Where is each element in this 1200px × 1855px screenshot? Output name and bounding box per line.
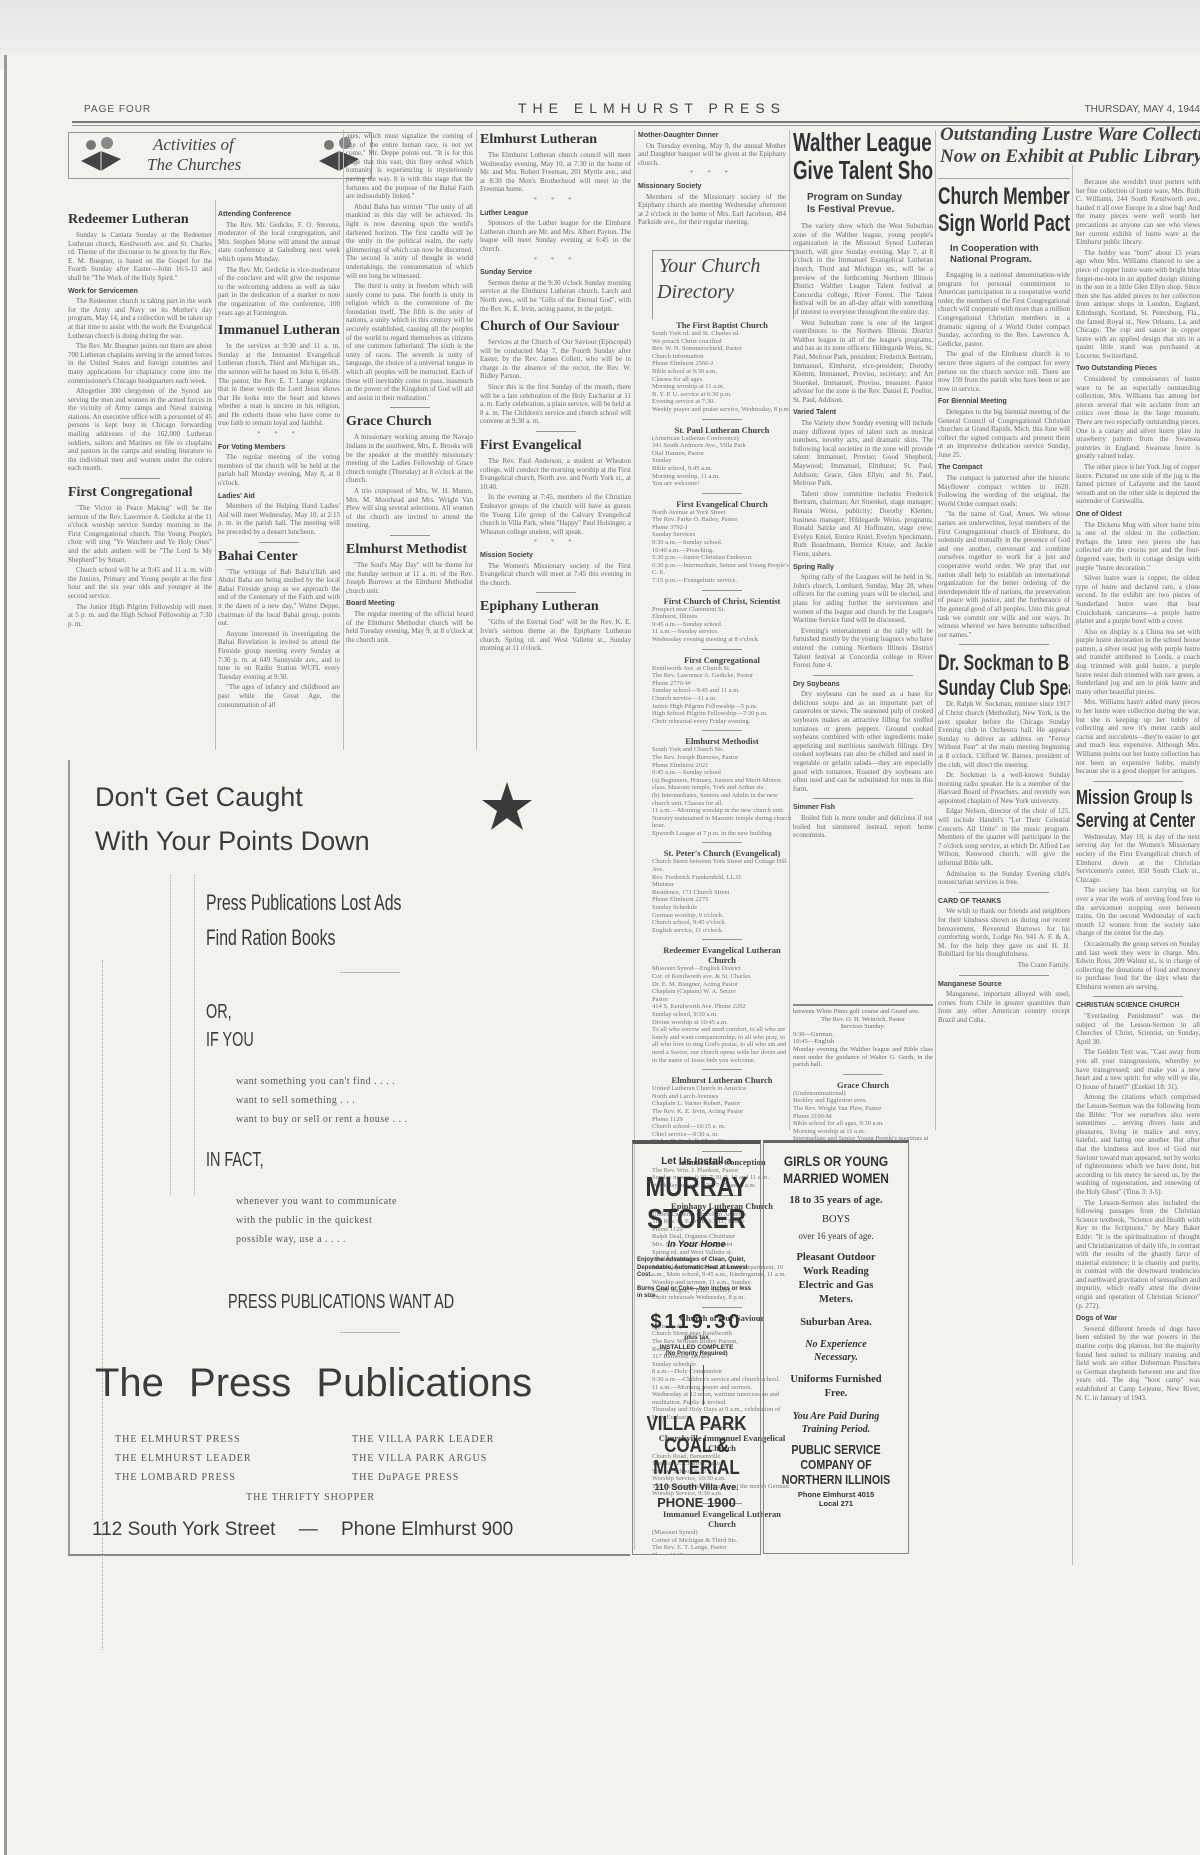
directory-line: We preach Christ crucified	[652, 338, 792, 346]
deck-line: Is Festival Prevue.	[807, 204, 933, 216]
ad-line: Enjoy the Advantages of Clean, Quiet, De…	[637, 1257, 756, 1280]
decorative-dotted-line	[102, 960, 103, 1650]
ad-price: $119.30	[633, 1311, 760, 1334]
subheading: Attending Conference	[218, 211, 340, 220]
article-body: The goal of the Elmhurst church is to se…	[938, 350, 1070, 393]
ad-papers-left: THE ELMHURST PRESS THE ELMHURST LEADER T…	[115, 1430, 252, 1487]
article-body: The Rev. Mr. Buegner points out there ar…	[68, 342, 212, 385]
directory-line: Morning worship at 11 a.m.	[793, 1128, 933, 1136]
article-body: Among the citations which comprised the …	[1076, 1093, 1200, 1196]
directory-church-name: First Evangelical Church	[652, 499, 792, 509]
column-divider	[343, 130, 344, 750]
directory-line: South York rd. and St. Charles rd.	[652, 330, 792, 338]
press-publications-ad: Don't Get Caught With Your Points Down P…	[68, 760, 630, 1556]
directory-line: 10:45—English.	[793, 1038, 933, 1046]
directory-line: 9:45 a.m.—Sunday school.	[652, 621, 792, 629]
sockman-headline-line1: Dr. Sockman to Be	[938, 650, 1033, 675]
subheading: For Biennial Meeting	[938, 398, 1070, 407]
ad-line: want to sell something . . .	[236, 1091, 408, 1110]
subheading: Two Outstanding Pieces	[1076, 365, 1200, 374]
directory-line: Evening service at 7:30.	[652, 398, 792, 406]
banner-title-line2: The Churches	[147, 155, 241, 175]
ad-company-line: VILLA PARK	[643, 1413, 751, 1435]
directory-line: 11 a.m.—Morning worship in the new churc…	[652, 807, 792, 815]
masthead: PAGE FOUR THE ELMHURST PRESS THURSDAY, M…	[84, 100, 1200, 120]
article-body: In the evening at 7:45, members of the C…	[480, 493, 631, 536]
article-body: "Gifts of the Eternal God" will be the R…	[480, 618, 631, 652]
directory-line: Church school—10:15 a. m.	[652, 1123, 792, 1131]
ad-line: Electric and Gas	[764, 1279, 908, 1293]
directory-line: Phone Elmhurst 2566-J	[652, 360, 792, 368]
article-body: We wish to thank our friends and neighbo…	[938, 907, 1070, 959]
article-body: "Everlasting Punishment" was the subject…	[1076, 1012, 1200, 1046]
directory-line: Phone 3792-J	[652, 524, 792, 532]
divider	[536, 592, 576, 593]
article-body: Sermon theme at the 9:30 o'clock Sunday …	[480, 279, 631, 313]
directory-line: The Rev. Lawrence A. Gedicke, Pastor	[652, 672, 792, 680]
directory-line: 7:15 p.m.—Evangelistic service.	[652, 577, 792, 585]
ad-phone: PHONE 1900	[633, 1495, 760, 1510]
article-body: Evening's entertainment at the rally wil…	[793, 627, 933, 670]
article-body: On Tuesday evening, May 9, the annual Mo…	[638, 142, 786, 168]
divider	[813, 675, 913, 676]
directory-line: Sunday school—9:45 and 11 a.m.	[652, 687, 792, 695]
subheading: CHRISTIAN SCIENCE CHURCH	[1076, 1002, 1200, 1011]
article-body: "The Victor in Peace Making" will be the…	[68, 504, 212, 564]
divider	[959, 892, 1049, 893]
directory-church-name: Redeemer Evangelical Lutheran Church	[652, 945, 792, 965]
divider	[813, 798, 913, 799]
directory-line: Morning worship at 11 a.m.	[652, 383, 792, 391]
walther-deck: Program on Sunday Is Festival Prevue.	[807, 192, 933, 216]
article-body: Church school will be at 9:45 and 11 a. …	[68, 566, 212, 600]
directory-line: Church school, 9:45 o'clock.	[652, 919, 792, 927]
directory-church-name: The First Baptist Church	[652, 320, 792, 330]
ad-address: 110 South Villa Ave.	[633, 1482, 760, 1492]
mission-headline-line2: Serving at Center	[1076, 810, 1165, 833]
ad-line: Necessary.	[764, 1351, 908, 1364]
directory-continued: between White Pines golf course and Gran…	[793, 1004, 933, 1140]
article-body: The Elmhurst Lutheran church council wil…	[480, 151, 631, 194]
subheading: Simmer Fish	[793, 804, 933, 813]
address: 112 South York Street	[92, 1519, 275, 1540]
church-directory-header: Your Church Directory	[652, 250, 794, 319]
ad-papers-right: THE VILLA PARK LEADER THE VILLA PARK ARG…	[352, 1430, 494, 1487]
divider	[702, 842, 742, 843]
ad-experience: No Experience Necessary.	[764, 1338, 908, 1364]
article-heading: Epiphany Lutheran	[480, 599, 631, 615]
ad-line: Meters.	[764, 1293, 908, 1307]
article-body: Manganese, important alloyed with steel,…	[938, 990, 1070, 1024]
divider	[1093, 781, 1183, 782]
subheading: Work for Servicemen	[68, 288, 212, 297]
column-divider	[476, 130, 477, 750]
directory-line: Chief service—9:30 a. m.	[652, 1131, 792, 1139]
directory-entry: First Evangelical ChurchNorth Avenue at …	[652, 499, 792, 585]
column-divider	[935, 130, 936, 1130]
article-body: The Dickens Mug with silver lustre trim …	[1076, 521, 1200, 573]
directory-line: Berkley and Eggleston aves.	[793, 1097, 933, 1105]
article-body: Anyone interested in investigating the B…	[218, 630, 340, 682]
directory-line: Residence, 171 Church Street	[652, 889, 792, 897]
article-body: "In the name of God, Amen. We whose name…	[938, 510, 1070, 639]
paper-name: THE VILLA PARK ARGUS	[352, 1449, 494, 1468]
directory-entry: St. Peter's Church (Evangelical)Church S…	[652, 848, 792, 934]
directory-entry: Elmhurst MethodistSouth York and Church …	[652, 736, 792, 837]
deck-line: National Program.	[950, 254, 1070, 265]
divider	[959, 644, 1049, 645]
directory-line: Epworth League at 7 p.m. in the new buil…	[652, 830, 792, 838]
paper-name: THE ELMHURST LEADER	[115, 1449, 252, 1468]
article-heading: Church of Our Saviour	[480, 319, 631, 335]
ad-line: over 16 years of age.	[764, 1231, 908, 1241]
directory-entry: Grace Church(Undenominational)Berkley an…	[793, 1080, 933, 1140]
article-heading: Immanuel Lutheran	[218, 323, 340, 339]
ad-brand: The Press Publications	[95, 1360, 532, 1406]
article-heading: Bahai Center	[218, 549, 340, 565]
ad-headline: MARRIED WOMEN	[775, 1170, 897, 1187]
separator: —	[299, 1519, 318, 1540]
article-body: The Redeemer church is taking part in th…	[68, 297, 212, 340]
ad-line: 18 to 35 years of age.	[764, 1195, 908, 1206]
directory-line: Rev. Frederick Frankenfeld, LL.D.	[652, 874, 792, 882]
divider	[390, 407, 430, 408]
directory-church-name: Elmhurst Methodist	[652, 736, 792, 746]
ad-line: with the public in the quickest	[236, 1211, 397, 1230]
pact-deck: In Cooperation with National Program.	[950, 243, 1070, 265]
directory-church-name: First Congregational	[652, 655, 792, 665]
article-body: The Junior High Pilgrim Fellowship will …	[68, 603, 212, 629]
directory-entry: The First Baptist ChurchSouth York rd. a…	[652, 320, 792, 414]
directory-line: 6:30 p.m.—Intermediate, Senior and Young…	[652, 562, 792, 577]
ad-or: OR,	[206, 1000, 232, 1024]
stars-divider: * * *	[480, 256, 631, 265]
article-body: In the services at 9:30 and 11 a. m. Sun…	[218, 342, 340, 428]
ad-lead: Let Us Install a	[633, 1156, 760, 1167]
ad-headline-line2: With Your Points Down	[95, 824, 370, 858]
ad-company-line: MATERIAL	[643, 1457, 751, 1479]
ad-line: Suburban Area.	[764, 1317, 908, 1328]
ad-company-line: COMPANY OF	[777, 1457, 895, 1472]
article-body: Mrs. Williams hasn't added many pieces t…	[1076, 698, 1200, 775]
directory-line: South York and Church Sts.	[652, 746, 792, 754]
divider	[959, 975, 1049, 976]
directory-line: between White Pines golf course and Gran…	[793, 1008, 933, 1016]
article-body: The Rev. Mr. Gedicke, F. O. Stevens, mod…	[218, 221, 340, 264]
directory-line: 5:30 p.m.—Junior Christian Endeavor.	[652, 554, 792, 562]
directory-line: English service, 11 o'clock.	[652, 927, 792, 935]
directory-line: To all who sorrow and need comfort, to a…	[652, 1026, 792, 1064]
article-body: "The Soul's May Day" will be theme for t…	[346, 561, 473, 595]
decorative-dotted-line	[170, 875, 171, 1195]
column-7: Church Members to Sign World Pact In Coo…	[938, 178, 1070, 1139]
article-body: The Women's Missionary society of the Fi…	[480, 562, 631, 588]
directory-line: Choir rehearsal every Friday evening.	[652, 718, 792, 726]
sockman-headline-line2: Sunday Club Speaker	[938, 675, 1033, 700]
directory-line: Cor. of Kenilworth ave. & St. Charles	[652, 973, 792, 981]
subheading: Spring Rally	[793, 564, 933, 573]
walther-headline-line1: Walther Leaguers	[793, 128, 894, 156]
deck-line: In Cooperation with	[950, 243, 1070, 254]
ad-line: plus tax	[633, 1334, 760, 1341]
directory-line: You are welcome!	[652, 480, 792, 488]
churches-banner: Activities of The Churches	[68, 132, 372, 179]
column-2: Attending Conference The Rev. Mr. Gedick…	[218, 206, 340, 754]
subheading: CARD OF THANKS	[938, 898, 1070, 907]
subheading: Board Meeting	[346, 600, 473, 609]
paper-name: THE VILLA PARK LEADER	[352, 1430, 494, 1449]
article-body: Several different breeds of dogs have be…	[1076, 1325, 1200, 1402]
directory-line: Monday evening the Walther league and Bi…	[793, 1046, 933, 1069]
article-heading: First Congregational	[68, 485, 212, 501]
directory-line: (b) Intermediates, Seniors and Adults in…	[652, 792, 792, 807]
directory-line: Kenilworth Ave. at Church St.	[652, 665, 792, 673]
article-body: Dr. Sockman is a well-known Sunday morni…	[938, 771, 1070, 805]
ad-company-line: COAL &	[643, 1435, 751, 1457]
ad-line: Pleasant Outdoor	[764, 1251, 908, 1265]
directory-line: The Rev. K. E. Irvin, Acting Pastor	[652, 1108, 792, 1116]
ad-sub-line2: Find Ration Books	[206, 925, 335, 951]
subheading: Manganese Source	[938, 981, 1070, 990]
subheading: Sunday Service	[480, 269, 631, 278]
divider	[702, 493, 742, 494]
ad-line: Training Period.	[764, 1423, 908, 1436]
decorative-lines	[690, 1365, 704, 1405]
divider	[702, 590, 742, 591]
article-body: The compact is patterned after the histo…	[938, 474, 1070, 508]
directory-line: Church service—11 a.m.	[652, 695, 792, 703]
article-body: Dry soybeans can be used as a base for d…	[793, 690, 933, 793]
directory-entry: St. Paul Lutheran Church(American Luther…	[652, 425, 792, 488]
directory-line: Olaf Hansen, Pastor	[652, 450, 792, 458]
article-body: Occasionally the group serves on Sunday …	[1076, 940, 1200, 992]
directory-line: Divine worship at 10:45 a.m.	[652, 1019, 792, 1027]
deck-line: Program on Sunday	[807, 192, 933, 204]
directory-line: Weekly prayer and praise service, Wednes…	[652, 406, 792, 414]
article-heading: Grace Church	[346, 414, 473, 430]
column-divider	[1072, 165, 1073, 1565]
article-body: ages, which must signalize the coming of…	[346, 132, 473, 201]
directory-line: North and Larch Avenues	[652, 1093, 792, 1101]
directory-line: Dr. E. M. Buegner, Acting Pastor	[652, 981, 792, 989]
article-body: Also on display is a China tea set with …	[1076, 628, 1200, 697]
directory-line: Rev. W. N. Sommerschield, Pastor	[652, 345, 792, 353]
stars-divider: * * *	[638, 169, 786, 178]
ad-line: whenever you want to communicate	[236, 1192, 397, 1211]
mission-headline-line1: Mission Group Is	[1076, 787, 1165, 810]
article-body: The regular meeting of the voting member…	[218, 453, 340, 487]
article-body: Sponsors of the Luther league for the El…	[480, 219, 631, 253]
ad-line: Local 271	[764, 1499, 908, 1508]
article-body: The society has been carrying on for ove…	[1076, 886, 1200, 938]
directory-line: Nursery maintained in Masonic temple dur…	[652, 815, 792, 830]
directory-line: Bible school at 9:30 a.m.	[652, 368, 792, 376]
subheading: For Voting Members	[218, 444, 340, 453]
article-body: Wednesday, May 10, is day of the next se…	[1076, 833, 1200, 885]
lustre-headline-line2: Now on Exhibit at Public Library	[940, 146, 1200, 168]
ad-line: INSTALLED COMPLETE	[633, 1344, 760, 1351]
directory-line: Phone 2100-M	[793, 1113, 933, 1121]
article-body: The Variety show Sunday evening will inc…	[793, 419, 933, 488]
column-divider	[215, 200, 216, 750]
article-body: A missionary working among the Navajo In…	[346, 433, 473, 485]
divider	[259, 542, 299, 543]
divider	[702, 730, 742, 731]
directory-line: High School Pilgrim Fellowship—7:30 p.m.	[652, 710, 792, 718]
directory-line: United Lutheran Church in America	[652, 1085, 792, 1093]
article-body: Edgar Nelson, director of the choir of 1…	[938, 807, 1070, 867]
directory-line: Missouri Synod—English District	[652, 965, 792, 973]
subheading: Dogs of War	[1076, 1315, 1200, 1324]
subheading: Ladies' Aid	[218, 493, 340, 502]
subheading: The Compact	[938, 464, 1070, 473]
ad-in-fact: IN FACT,	[206, 1148, 264, 1172]
directory-line: Chaplain (Captain) W. A. Setzer	[652, 988, 792, 996]
murray-stoker-ad: Let Us Install a MURRAY STOKER In Your H…	[632, 1140, 761, 1555]
directory-line: 9:30 a.m.—Sunday school.	[652, 539, 792, 547]
ad-line: You Are Paid During	[764, 1410, 908, 1423]
directory-line: German worship, 9 o'clock.	[652, 912, 792, 920]
directory-line: Classes for all ages.	[652, 376, 792, 384]
ad-sub-line1: Press Publications Lost Ads	[206, 890, 401, 916]
subheading: Missionary Society	[638, 183, 786, 192]
lustre-headline-line1: Outstanding Lustre Ware Collection	[940, 124, 1200, 146]
ad-headline: GIRLS OR YOUNG	[775, 1153, 897, 1170]
directory-entry: Redeemer Evangelical Lutheran ChurchMiss…	[652, 945, 792, 1064]
directory-line: 9:30—German.	[793, 1031, 933, 1039]
subheading: One of Oldest	[1076, 511, 1200, 520]
signature: The Crane Family.	[938, 961, 1070, 970]
column-5-top: Mother-Daughter Dinner On Tuesday evenin…	[638, 132, 786, 242]
banner-title-line1: Activities of	[153, 135, 234, 155]
directory-line: Pastor	[652, 996, 792, 1004]
column-4: Elmhurst Lutheran The Elmhurst Lutheran …	[480, 132, 631, 752]
article-body: The hobby was "born" about 15 years ago …	[1076, 249, 1200, 361]
directory-line: 414 S. Kenilworth Ave. Phone 2292	[652, 1003, 792, 1011]
ad-company-line: NORTHERN ILLINOIS	[777, 1472, 895, 1487]
directory-line: B. Y. P. U. service at 6:30 p.m.	[652, 391, 792, 399]
article-body: Sunday is Cantata Sunday at the Redeemer…	[68, 231, 212, 283]
directory-line: Phone 1129	[652, 1116, 792, 1124]
directory-title-line2: Directory	[657, 281, 734, 303]
stars-divider: * * *	[218, 430, 340, 439]
directory-line: Sunday Services	[652, 531, 792, 539]
directory-line: (Undenominational)	[793, 1090, 933, 1098]
article-body: Services at the Church of Our Saviour (E…	[480, 338, 631, 381]
article-body: The Lesson-Sermon also included the foll…	[1076, 1199, 1200, 1311]
directory-line: 9:45 a.m.—Sunday school	[652, 769, 792, 777]
directory-line: Church Street between York Street and Co…	[652, 858, 792, 873]
ad-brand-line2: STOKER	[643, 1203, 751, 1235]
article-body: The variety show which the West Suburban…	[793, 222, 933, 317]
ad-line: want to buy or sell or rent a house . . …	[236, 1110, 408, 1129]
article-body: Considered by connoisseurs of lustre war…	[1076, 375, 1200, 461]
pact-headline-line2: Sign World Pact	[938, 210, 1033, 237]
article-body: The Rev. Paul Anderson, a student at Whe…	[480, 457, 631, 491]
directory-line: Services Sunday:	[793, 1023, 933, 1031]
column-3: ages, which must signalize the coming of…	[346, 132, 473, 752]
article-body: A trio composed of Mrs. W. H. Munro, Mrs…	[346, 487, 473, 530]
ad-line: possible way, use a . . . .	[236, 1230, 397, 1249]
walther-headline-line2: Give Talent Show	[793, 156, 894, 184]
ad-line: want something you can't find . . . .	[236, 1072, 408, 1091]
directory-line: Minister	[652, 881, 792, 889]
divider	[702, 939, 742, 940]
ad-paid: You Are Paid During Training Period.	[764, 1410, 908, 1436]
directory-line: Bible school for all ages, 9:30 a.m.	[793, 1120, 933, 1128]
directory-church-name: Elmhurst Lutheran Church	[652, 1075, 792, 1085]
ad-line: Work Reading	[764, 1265, 908, 1279]
article-body: "The writings of Bah Baha'u'llah and Abd…	[218, 568, 340, 628]
ad-company: PUBLIC SERVICE COMPANY OF NORTHERN ILLIN…	[777, 1442, 895, 1487]
article-body: Spring rally of the Leagues will be held…	[793, 573, 933, 625]
directory-line: Phone Elmhurst 2275	[652, 896, 792, 904]
column-1: Redeemer Lutheran Sunday is Cantata Sund…	[68, 206, 212, 754]
ad-brand-line1: MURRAY	[643, 1171, 751, 1203]
directory-entry: First CongregationalKenilworth Ave. at C…	[652, 655, 792, 726]
subheading: Mother-Daughter Dinner	[638, 132, 786, 141]
divider	[702, 419, 742, 420]
directory-line: Sunday school, 9:30 a.m.	[652, 1011, 792, 1019]
article-body: Members of the Helping Hand Ladies' Aid …	[218, 502, 340, 536]
ad-line: Free.	[764, 1387, 908, 1401]
star-icon	[480, 780, 534, 834]
directory-line: Prospect near Claremont St.	[652, 606, 792, 614]
subheading: Mission Society	[480, 552, 631, 561]
ad-line: Burns Coal or Coke—two inches or less in…	[637, 1286, 756, 1301]
paper-name: THE ELMHURST PRESS	[115, 1430, 252, 1449]
directory-line: Elmhurst, Illinois	[652, 613, 792, 621]
pact-headline-line1: Church Members to	[938, 183, 1033, 210]
directory-line: 10:40 a.m.—Preaching.	[652, 547, 792, 555]
article-body: "The ages of infancy and childhood are p…	[218, 683, 340, 709]
ad-line: (No Priority Required)	[633, 1351, 760, 1357]
ad-phone: Phone Elmhurst 4015	[764, 1490, 908, 1499]
directory-line: Junior High Pilgrim Fellowship—5 p.m.	[652, 703, 792, 711]
divider	[340, 1332, 400, 1333]
directory-line: Phone 2770-W	[652, 680, 792, 688]
directory-line: The Rev. Wright Van Plew, Pastor	[793, 1105, 933, 1113]
divider	[120, 478, 160, 479]
directory-church-name: St. Peter's Church (Evangelical)	[652, 848, 792, 858]
article-body: Members of the Missionary society of the…	[638, 193, 786, 227]
directory-church-name: St. Paul Lutheran Church	[652, 425, 792, 435]
page-label: PAGE FOUR	[84, 104, 151, 115]
subheading: Dry Soybeans	[793, 681, 933, 690]
divider	[1093, 996, 1183, 997]
ad-headline-line1: Don't Get Caught	[95, 780, 303, 814]
article-body: Engaging in a national denomination-wide…	[938, 271, 1070, 348]
article-body: Delegates to the big biennial meeting of…	[938, 408, 1070, 460]
article-body: The Rev. Mr. Gedicke is vice-moderator o…	[218, 266, 340, 318]
divider	[390, 535, 430, 536]
directory-line: Sunday Schedule	[652, 904, 792, 912]
article-body: The third is unity in freedom which will…	[346, 282, 473, 402]
ad-line: No Experience	[764, 1338, 908, 1351]
directory-line: The Rev. O. H. Weinrich, Pastor	[793, 1016, 933, 1024]
column-6: Walther Leaguers Give Talent Show Progra…	[793, 128, 933, 1008]
directory-line: Church information	[652, 353, 792, 361]
subheading: Varied Talent	[793, 409, 933, 418]
article-body: Because she wouldn't trust porters with …	[1076, 178, 1200, 247]
ad-uniforms: Uniforms Furnished Free.	[764, 1373, 908, 1401]
stars-divider: * * *	[480, 196, 631, 205]
ad-whenever-list: whenever you want to communicate with th…	[236, 1192, 397, 1249]
stars-divider: * * *	[480, 538, 631, 547]
article-body: The Golden Text was, "Cast away from you…	[1076, 1048, 1200, 1091]
divider	[843, 1074, 883, 1075]
public-service-ad: GIRLS OR YOUNG MARRIED WOMEN 18 to 35 ye…	[763, 1140, 909, 1554]
